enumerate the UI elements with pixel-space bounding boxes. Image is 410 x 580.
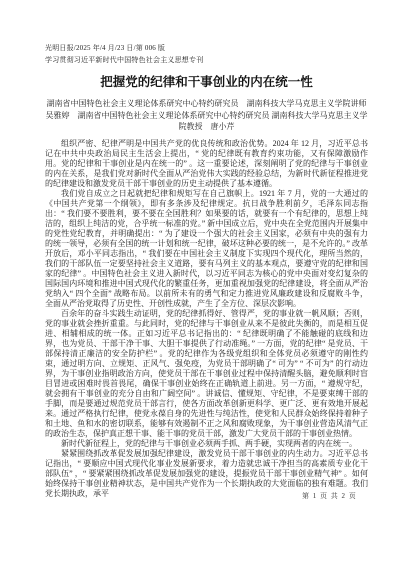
- body-paragraph-2: 我们党自成立之日起就把纪律和规矩写在自己旗帜上。1921 年 7 月，党的一大通…: [45, 189, 368, 309]
- body-paragraph-3: 百余年的奋斗实践生动证明，党的纪律抓得好、管得严，党的事业就一帆风顺；否则，党的…: [45, 309, 368, 439]
- publication-column-line: 学习贯彻习近平新时代中国特色社会主义思想专刊: [45, 55, 368, 67]
- article-body: 组织严密、纪律严明是中国共产党的优良传统和政治优势。2024 年 12 月，习近…: [45, 139, 368, 499]
- publication-source-line: 光明日报/2025 年/4 月/23 日/第 006 版: [45, 43, 368, 55]
- page-number-footer: 第 1 页 共 2 页: [302, 491, 357, 501]
- article-byline: 湖南省中国特色社会主义理论体系研究中心特约研究员 湖南科技大学马克思主义学院讲师…: [45, 98, 368, 133]
- body-paragraph-4: 新时代新征程上，党的纪律与干事创业必须两手抓、两手硬，实现两者的内在统一。: [45, 439, 368, 449]
- article-title: 把握党的纪律和干事创业的内在统一性: [45, 75, 368, 90]
- publication-header: 光明日报/2025 年/4 月/23 日/第 006 版 学习贯彻习近平新时代中…: [45, 43, 368, 66]
- body-paragraph-1: 组织严密、纪律严明是中国共产党的优良传统和政治优势。2024 年 12 月，习近…: [45, 139, 368, 189]
- document-page: 光明日报/2025 年/4 月/23 日/第 006 版 学习贯彻习近平新时代中…: [0, 0, 410, 580]
